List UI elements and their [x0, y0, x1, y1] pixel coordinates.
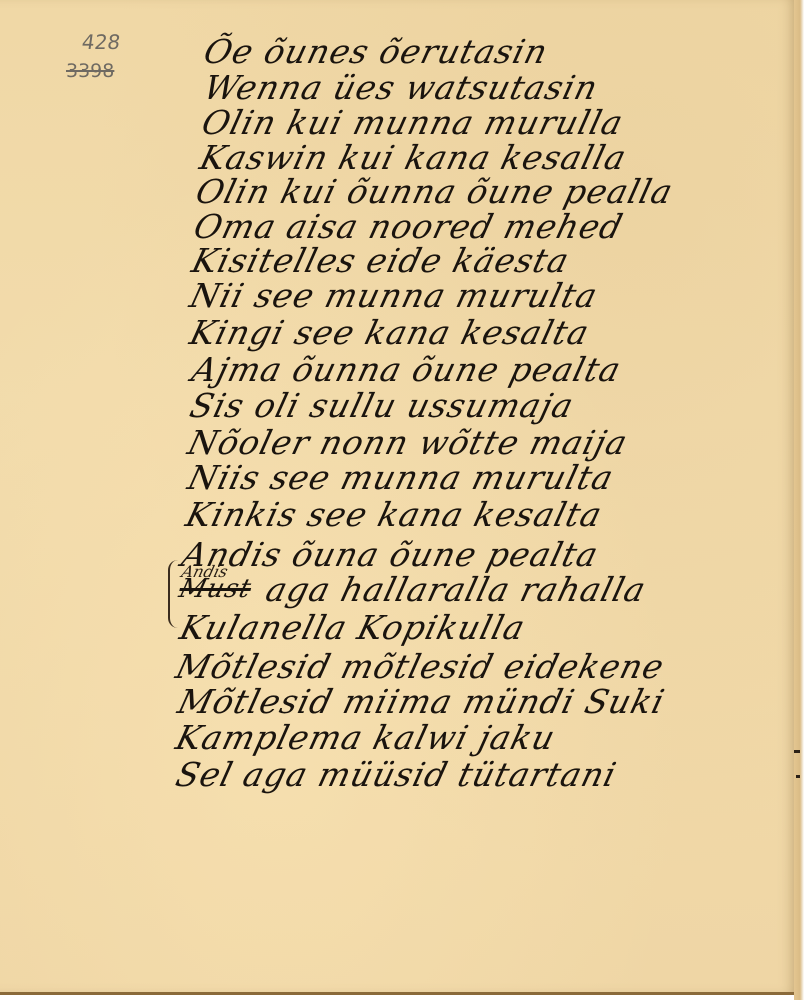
manuscript-line: Kinkis see kana kesalta — [182, 495, 606, 534]
manuscript-line: Niis see munna murulta — [184, 458, 618, 497]
manuscript-line: Olin kui munna murulla — [198, 103, 628, 142]
manuscript-line: Nii see munna murulta — [186, 276, 602, 315]
manuscript-line: Kulanella Kopikulla — [176, 608, 530, 647]
manuscript-line: Mõtlesid miima mündi Suki — [174, 682, 669, 721]
manuscript-line: Ajma õunna õune pealta — [188, 350, 625, 389]
struck-word: Must — [176, 574, 255, 604]
manuscript-line: Andis õuna õune pealta — [178, 535, 603, 574]
manuscript-line: Wenna ües watsutasin — [200, 68, 602, 107]
manuscript-line: Kamplema kalwi jaku — [172, 718, 560, 757]
manuscript-line: Sis oli sullu ussumaja — [186, 386, 578, 425]
manuscript-line: Õe õunes õerutasin — [200, 32, 552, 71]
manuscript-line: Mõtlesid mõtlesid eidekene — [172, 647, 668, 686]
manuscript-line: Olin kui õunna õune pealla — [192, 172, 677, 211]
manuscript-line: aga hallaralla rahalla — [262, 570, 650, 609]
margin-bracket — [168, 560, 182, 628]
manuscript-line: Kingi see kana kesalta — [186, 313, 594, 352]
manuscript-line: Nõoler nonn wõtte maija — [184, 423, 632, 462]
manuscript-text: Õe õunes õerutasin Wenna ües watsutasin … — [0, 0, 804, 1000]
manuscript-line: Sel aga müüsid tütartani — [172, 755, 621, 794]
manuscript-line: Kisitelles eide käesta — [188, 241, 574, 280]
